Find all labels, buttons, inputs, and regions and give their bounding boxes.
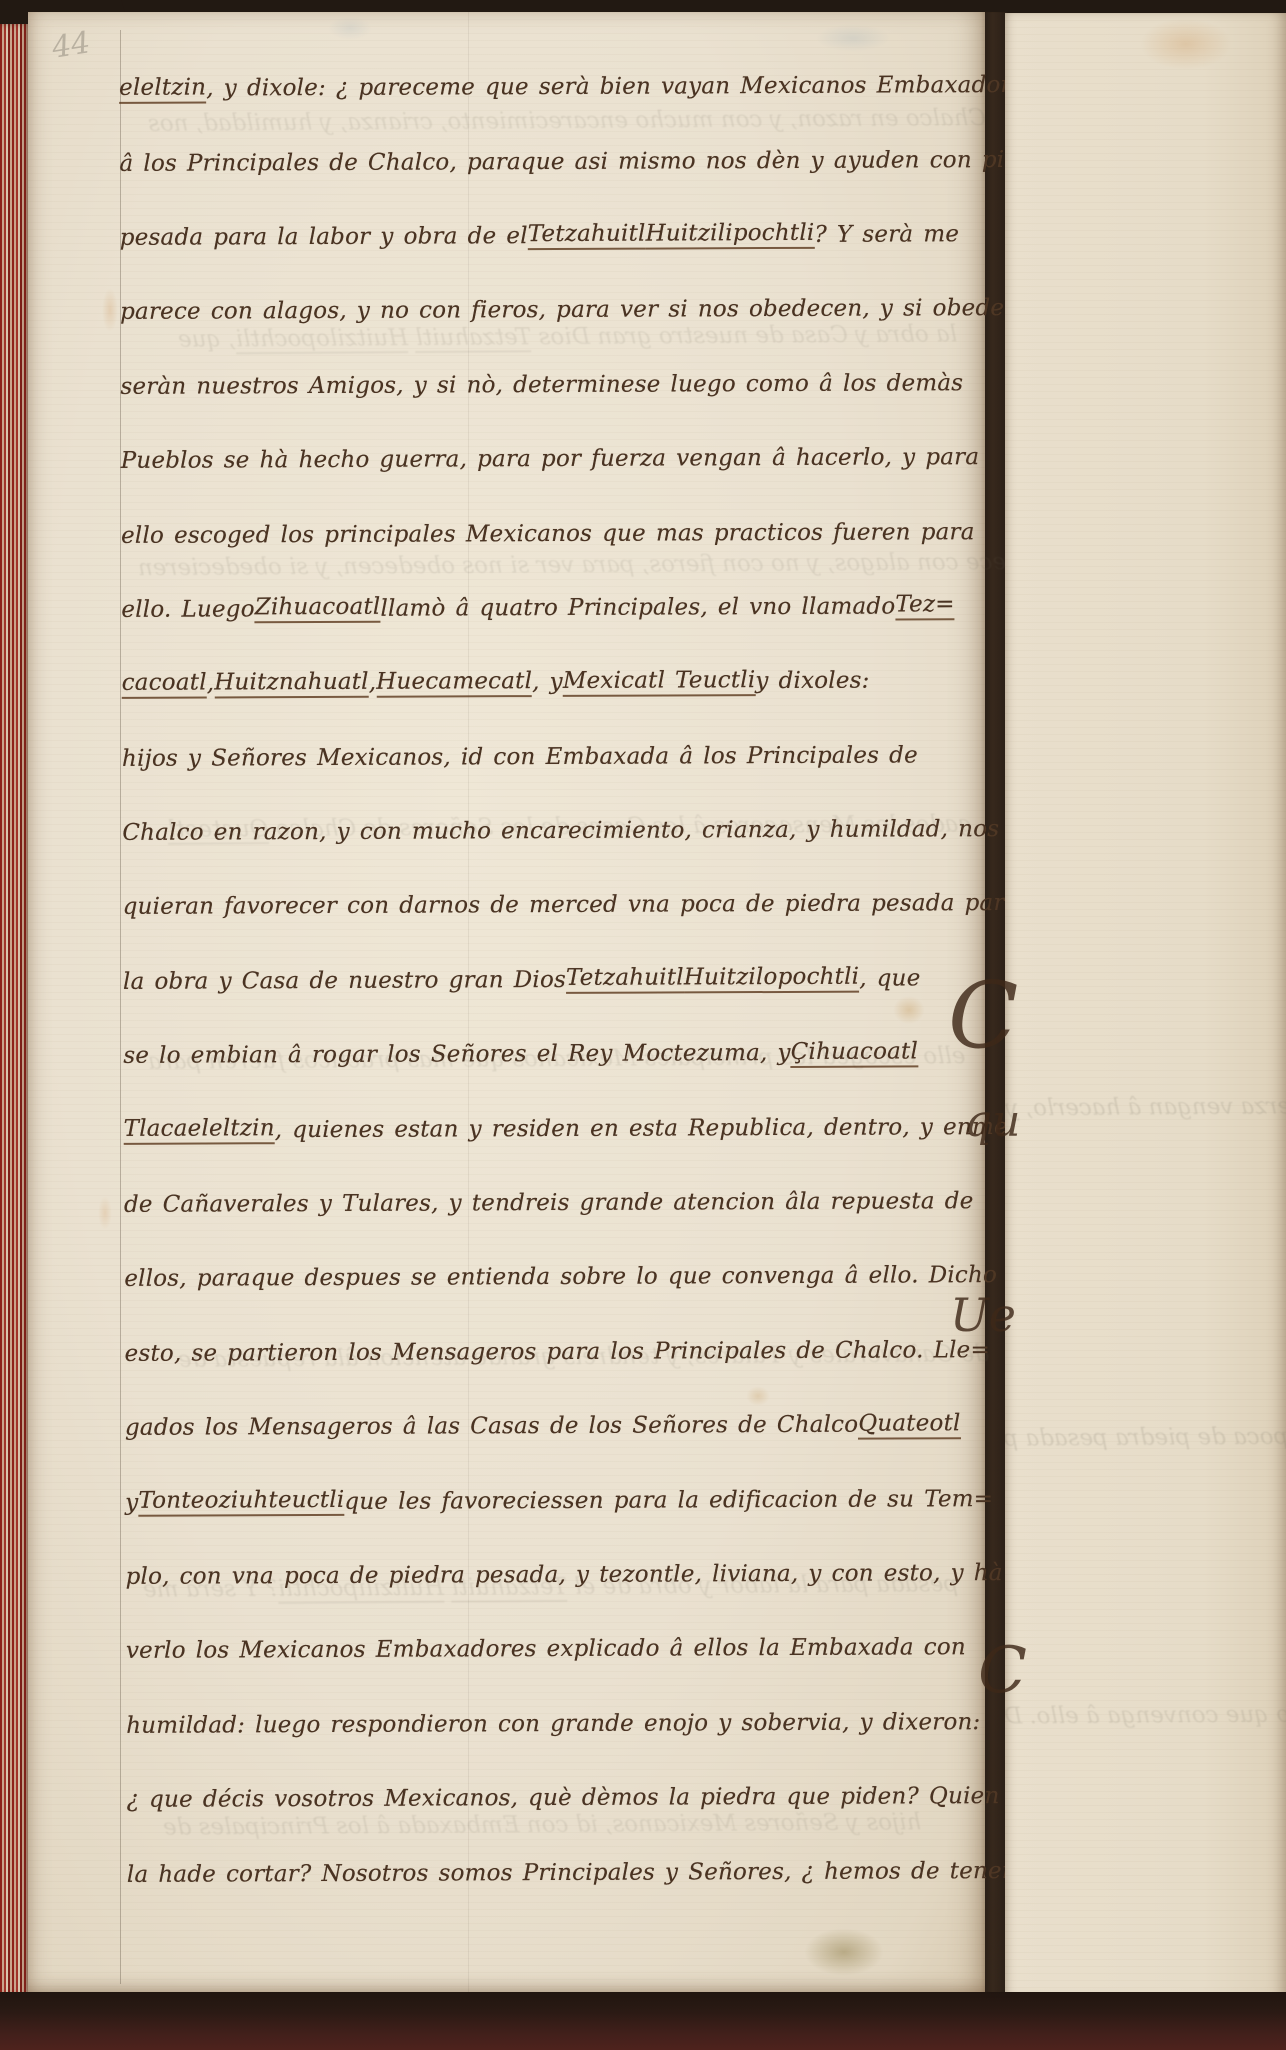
folio-number: 44 — [49, 25, 92, 66]
manuscript-line: Pueblos se hà hecho guerra, para por fue… — [121, 420, 971, 498]
manuscript-photo: 44 Chalco en razon, y con mucho encareci… — [0, 0, 1286, 2050]
manuscript-line: la hade cortar? Nosotros somos Principal… — [127, 1834, 977, 1912]
manuscript-line: la obra y Casa de nuestro gran Dios Tetz… — [123, 941, 973, 1019]
manuscript-line: y Tonteoziuhteuctli que les favoreciesse… — [125, 1462, 975, 1540]
manuscript-line: ello escoged los principales Mexicanos q… — [121, 494, 971, 572]
manuscript-line: eleltzin, y dixole: ¿ pareceme que serà … — [119, 48, 969, 126]
manuscript-line: plo, con vna poca de piedra pesada, y te… — [125, 1536, 975, 1614]
ghost-writing: ellos, paraque despues se entienda sobre… — [1005, 1698, 1286, 1730]
manuscript-line: quieran favorecer con darnos de merced v… — [123, 866, 973, 944]
manuscript-line: ello. Luego Zihuacoatl llamò â quatro Pr… — [121, 569, 971, 647]
edge-letter-fragment: qu — [964, 1096, 1021, 1147]
manuscript-line: hijos y Señores Mexicanos, id con Embaxa… — [122, 718, 972, 796]
manuscript-line: pesada para la labor y obra de el Tetzah… — [120, 197, 970, 275]
text-block: eleltzin, y dixole: ¿ pareceme que serà … — [119, 48, 977, 1911]
edge-letter-fragment: C — [978, 1634, 1027, 1708]
manuscript-line: humildad: luego respondieron con grande … — [126, 1685, 976, 1763]
manuscript-line: Chalco en razon, y con mucho encarecimie… — [122, 792, 972, 870]
edge-letter-fragment: C — [948, 962, 1018, 1069]
manuscript-line: gados los Mensageros â las Casas de los … — [125, 1387, 975, 1465]
manuscript-line: ellos, paraque despues se entienda sobre… — [124, 1238, 974, 1316]
edge-letter-fragment: Ue — [950, 1288, 1016, 1342]
ghost-writing: quieran favorecer con darnos de merced v… — [1005, 1420, 1286, 1452]
manuscript-page: 44 Chalco en razon, y con mucho encareci… — [28, 12, 985, 1992]
manuscript-line: verlo los Mexicanos Embaxadores explicad… — [126, 1610, 976, 1688]
photo-background-bottom — [0, 1992, 1286, 2050]
ghost-writing: Pueblos se hà hecho guerra, para por fue… — [1005, 1090, 1286, 1122]
red-dyed-page-edges — [0, 24, 30, 1996]
manuscript-line: ¿ que décis vosotros Mexicanos, què dèmo… — [126, 1759, 976, 1837]
facing-page: Pueblos se hà hecho guerra, para por fue… — [1005, 13, 1286, 1998]
manuscript-line: de Cañaverales y Tulares, y tendreis gra… — [124, 1164, 974, 1242]
manuscript-line: cacoatl, Huitznahuatl, Huecamecatl, y Me… — [122, 643, 972, 721]
manuscript-line: â los Principales de Chalco, paraque asi… — [119, 123, 969, 201]
manuscript-line: parece con alagos, y no con fieros, para… — [120, 271, 970, 349]
manuscript-line: seràn nuestros Amigos, y si nò, determin… — [120, 346, 970, 424]
manuscript-line: esto, se partieron los Mensageros para l… — [124, 1313, 974, 1391]
manuscript-line: Tlacaeleltzin, quienes estan y residen e… — [123, 1090, 973, 1168]
manuscript-line: se lo embian â rogar los Señores el Rey … — [123, 1015, 973, 1093]
